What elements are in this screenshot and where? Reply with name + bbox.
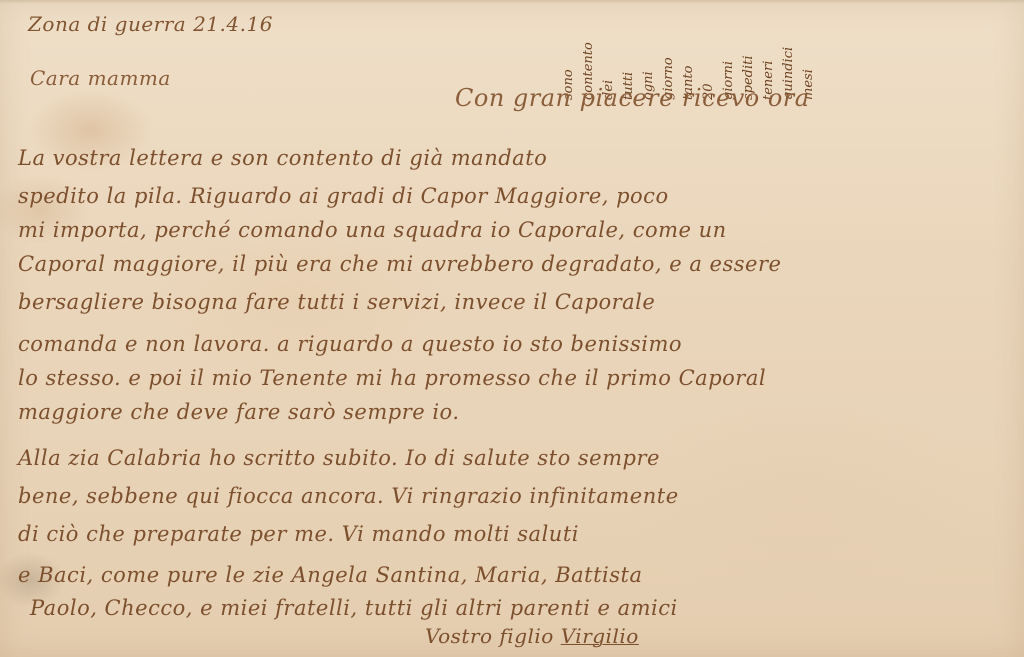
body-line: mi importa, perché comando una squadra i… — [18, 218, 727, 242]
paper-edge — [0, 0, 1024, 4]
body-line: La vostra lettera e son contento di già … — [18, 146, 547, 170]
body-line: e Baci, come pure le zie Angela Santina,… — [18, 563, 643, 587]
body-line: spedito la pila. Riguardo ai gradi di Ca… — [18, 184, 669, 208]
body-line: Paolo, Checco, e miei fratelli, tutti gl… — [30, 596, 678, 620]
signature-block: Vostro figlio Virgilio — [425, 624, 639, 648]
postcard: Zona di guerra 21.4.16 Cara mamma sono c… — [0, 0, 1024, 657]
body-line: bersagliere bisogna fare tutti i servizi… — [18, 290, 655, 314]
place-date: Zona di guerra 21.4.16 — [28, 12, 273, 36]
body-line: Alla zia Calabria ho scritto subito. Io … — [18, 446, 660, 470]
body-line: comanda e non lavora. a riguardo a quest… — [18, 332, 682, 356]
opening-line: Con gran piacere ricevo ora — [455, 84, 810, 112]
body-line: di ciò che preparate per me. Vi mando mo… — [18, 522, 579, 546]
closing: Vostro figlio — [425, 624, 554, 648]
salutation: Cara mamma — [30, 66, 171, 90]
signature-name: Virgilio — [561, 624, 639, 648]
body-line: maggiore che deve fare sarò sempre io. — [18, 400, 460, 424]
body-line: lo stesso. e poi il mio Tenente mi ha pr… — [18, 366, 766, 390]
body-line: Caporal maggiore, il più era che mi avre… — [18, 252, 781, 276]
body-line: bene, sebbene qui fiocca ancora. Vi ring… — [18, 484, 679, 508]
